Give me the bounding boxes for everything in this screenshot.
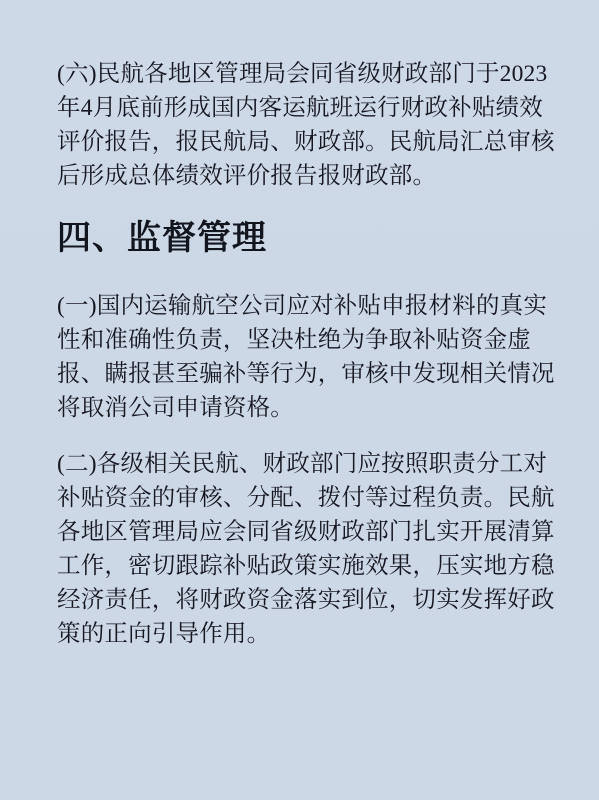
paragraph-clause-6: (六)民航各地区管理局会同省级财政部门于2023 年4月底前形成国内客运航班运行… (57, 57, 562, 193)
paragraph-clause-2: (二)各级相关民航、财政部门应按照职责分工对 补贴资金的审核、分配、拨付等过程负… (57, 447, 562, 651)
document-body: (六)民航各地区管理局会同省级财政部门于2023 年4月底前形成国内客运航班运行… (57, 57, 562, 651)
section-heading-supervision: 四、监督管理 (57, 219, 562, 259)
paragraph-clause-1: (一)国内运输航空公司应对补贴申报材料的真实 性和准确性负责，坚决杜绝为争取补贴… (57, 289, 562, 425)
document-page: (六)民航各地区管理局会同省级财政部门于2023 年4月底前形成国内客运航班运行… (0, 0, 599, 800)
